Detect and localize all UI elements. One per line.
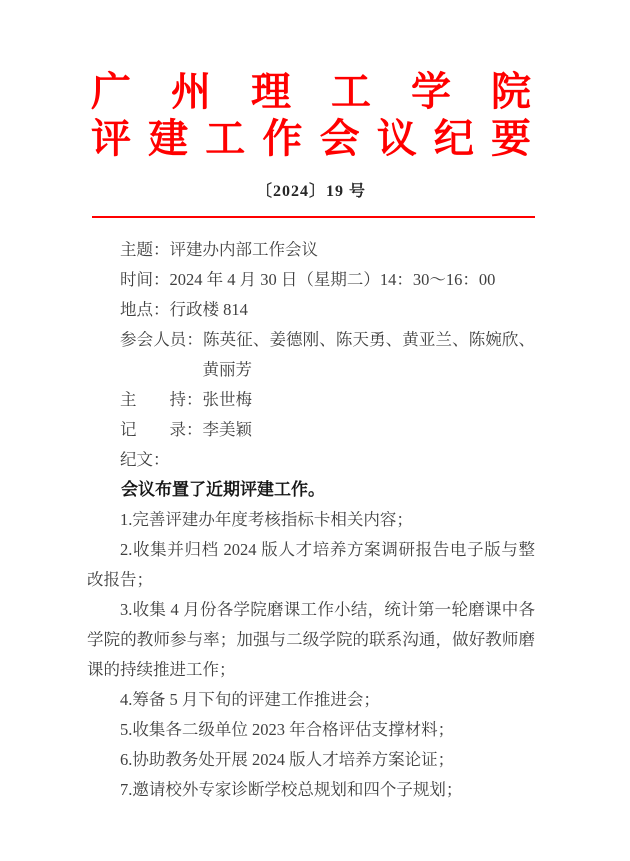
meta-recorder-label: 记 录：	[120, 420, 203, 439]
meta-location-label: 地点：	[120, 300, 170, 319]
work-item-1: 1.完善评建办年度考核指标卡相关内容；	[87, 505, 535, 535]
meta-line-attendees: 参会人员：陈英征、姜德刚、陈天勇、黄亚兰、陈婉欣、黄丽芳	[87, 325, 535, 385]
meta-attendees-value: 陈英征、姜德刚、陈天勇、黄亚兰、陈婉欣、黄丽芳	[203, 330, 536, 379]
document-content: 广州理工学院 评建工作会议纪要 〔2024〕19 号 主题：评建办内部工作会议 …	[0, 68, 630, 805]
meta-line-minutes: 纪文：	[87, 445, 535, 475]
meta-location-value: 行政楼 814	[170, 300, 248, 319]
meta-time-value: 2024 年 4 月 30 日（星期二）14：30～16：00	[170, 270, 496, 289]
document-number: 〔2024〕19 号	[87, 181, 535, 202]
meta-line-location: 地点：行政楼 814	[87, 295, 535, 325]
meta-recorder-value: 李美颖	[203, 420, 253, 439]
work-item-5: 5.收集各二级单位 2023 年合格评估支撑材料；	[87, 715, 535, 745]
work-item-7: 7.邀请校外专家诊断学校总规划和四个子规划；	[87, 775, 535, 805]
meta-subject-label: 主题：	[120, 240, 170, 259]
meta-line-time: 时间：2024 年 4 月 30 日（星期二）14：30～16：00	[87, 265, 535, 295]
meta-line-subject: 主题：评建办内部工作会议	[87, 235, 535, 265]
work-item-4: 4.筹备 5 月下旬的评建工作推进会；	[87, 685, 535, 715]
meta-host-label: 主 持：	[120, 390, 203, 409]
meta-minutes-label: 纪文：	[120, 450, 170, 469]
document-title-line-1: 广州理工学院	[91, 68, 531, 115]
document-title: 广州理工学院 评建工作会议纪要	[87, 68, 535, 162]
document-page: 广州理工学院 评建工作会议纪要 〔2024〕19 号 主题：评建办内部工作会议 …	[0, 0, 630, 861]
meta-attendees-label: 参会人员：	[120, 330, 203, 349]
document-body: 主题：评建办内部工作会议 时间：2024 年 4 月 30 日（星期二）14：3…	[87, 235, 535, 805]
document-title-line-2: 评建工作会议纪要	[91, 115, 531, 162]
meta-line-recorder: 记 录：李美颖	[87, 415, 535, 445]
meta-line-host: 主 持：张世梅	[87, 385, 535, 415]
meta-host-value: 张世梅	[203, 390, 253, 409]
work-item-3: 3.收集 4 月份各学院磨课工作小结，统计第一轮磨课中各学院的教师参与率；加强与…	[87, 595, 535, 685]
document-header: 广州理工学院 评建工作会议纪要 〔2024〕19 号	[87, 68, 535, 218]
meta-subject-value: 评建办内部工作会议	[170, 240, 319, 259]
work-item-2: 2.收集并归档 2024 版人才培养方案调研报告电子版与整改报告；	[87, 535, 535, 595]
header-divider-rule	[92, 216, 535, 218]
work-item-6: 6.协助教务处开展 2024 版人才培养方案论证；	[87, 745, 535, 775]
summary-heading: 会议布置了近期评建工作。	[87, 475, 535, 505]
meta-time-label: 时间：	[120, 270, 170, 289]
